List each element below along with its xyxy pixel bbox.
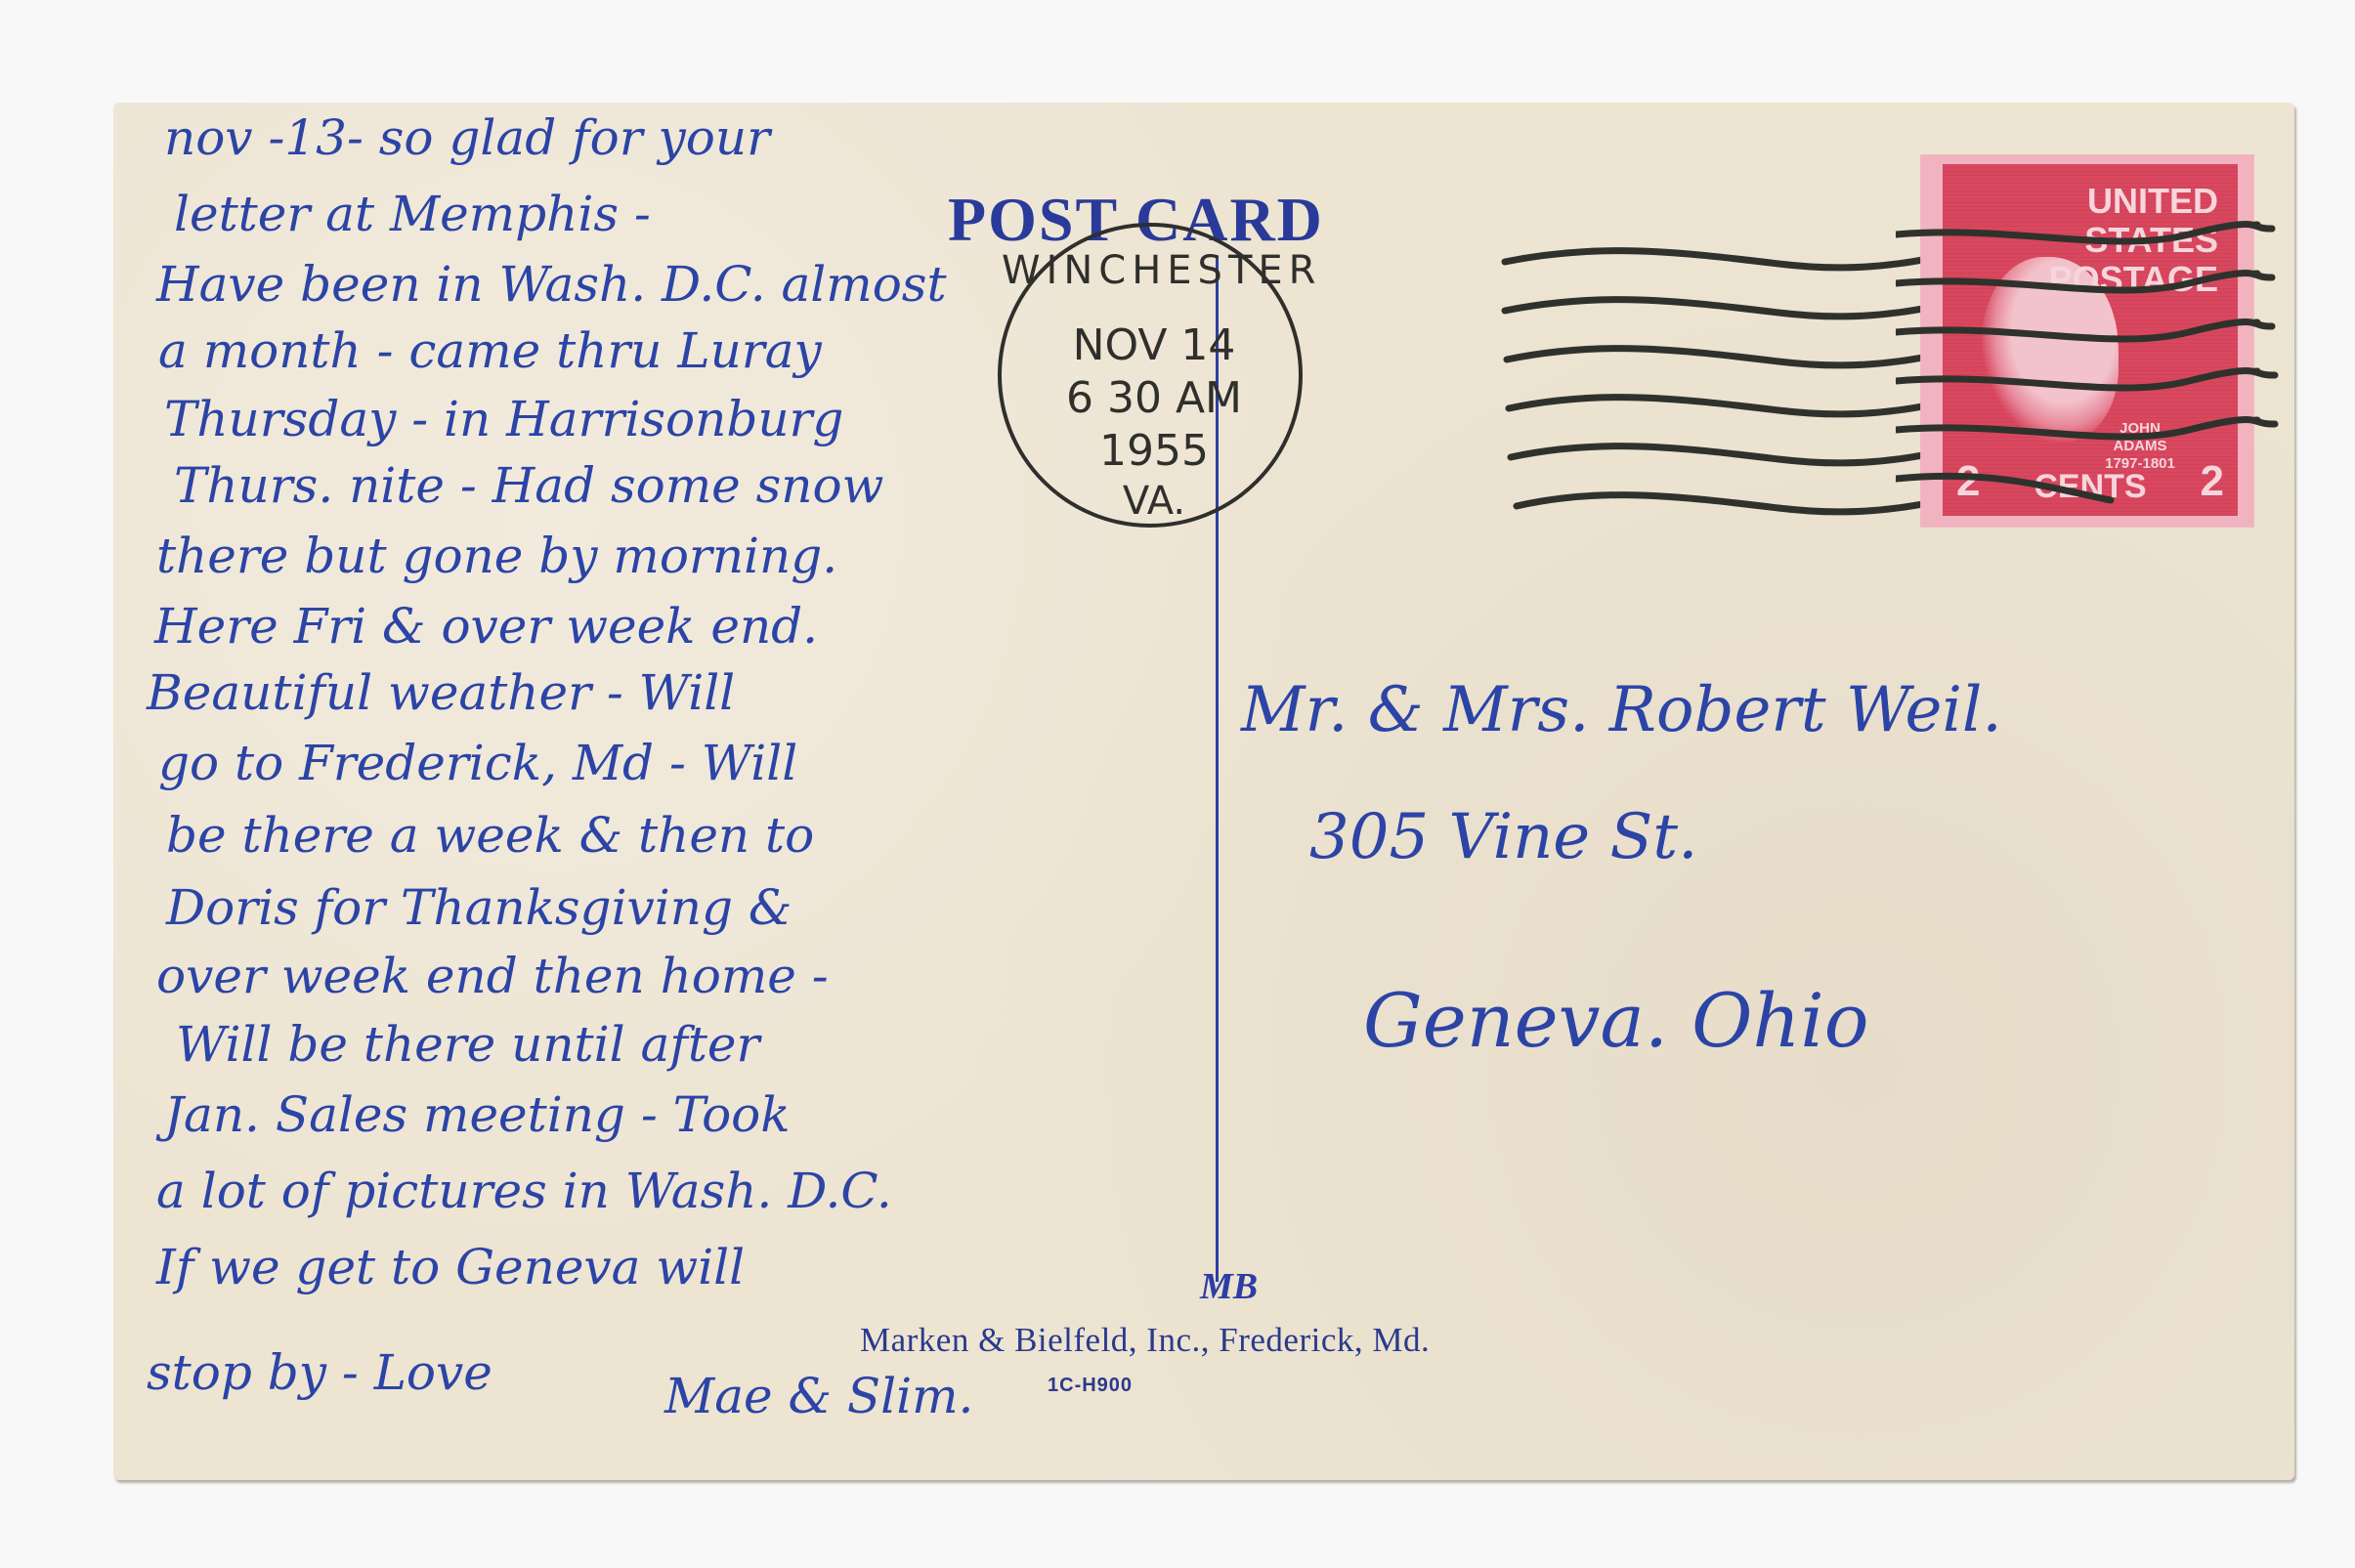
message-line: Jan. Sales meeting - Took [164, 1086, 791, 1143]
message-line: Beautiful weather - Will [147, 664, 735, 721]
message-line: Here Fri & over week end. [154, 598, 818, 655]
signature: Mae & Slim. [664, 1368, 973, 1424]
message-line: Thursday - in Harrisonburg [164, 391, 843, 447]
recipient-street: 305 Vine St. [1309, 801, 1697, 873]
postmark: WINCHESTER NOV 14 6 30 AM 1955 VA. [998, 223, 1303, 528]
message-line: nov -13- so glad for your [164, 109, 770, 166]
stamp-cancellation-icon [1896, 195, 2287, 528]
message-line: a month - came thru Luray [158, 322, 822, 379]
message-line: be there a week & then to [166, 807, 814, 864]
message-line: Have been in Wash. D.C. almost [156, 256, 947, 313]
message-line: Will be there until after [176, 1016, 759, 1073]
postmark-date: NOV 14 [1002, 320, 1306, 370]
recipient-city-state: Geneva. Ohio [1363, 977, 1869, 1064]
message-line: go to Frederick, Md - Will [158, 735, 797, 791]
publisher-imprint: Marken & Bielfeld, Inc., Frederick, Md. [860, 1321, 1430, 1360]
printer-initials: MB [1200, 1265, 1258, 1308]
recipient-name: Mr. & Mrs. Robert Weil. [1241, 674, 2002, 746]
message-line: Doris for Thanksgiving & [166, 879, 792, 936]
postmark-year: 1955 [1002, 426, 1306, 476]
catalog-number: 1C-H900 [1048, 1375, 1133, 1397]
message-line: over week end then home - [156, 948, 829, 1004]
message-line: If we get to Geneva will [156, 1239, 745, 1295]
message-line: stop by - Love [147, 1344, 492, 1401]
message-line: a lot of pictures in Wash. D.C. [156, 1163, 892, 1219]
message-line: Thurs. nite - Had some snow [174, 457, 883, 514]
message-line: letter at Memphis - [174, 186, 651, 242]
message-line: there but gone by morning. [156, 528, 837, 584]
postmark-time: 6 30 AM [1002, 373, 1306, 423]
postmark-state: VA. [1002, 479, 1306, 524]
postmark-city: WINCHESTER [1002, 248, 1306, 293]
